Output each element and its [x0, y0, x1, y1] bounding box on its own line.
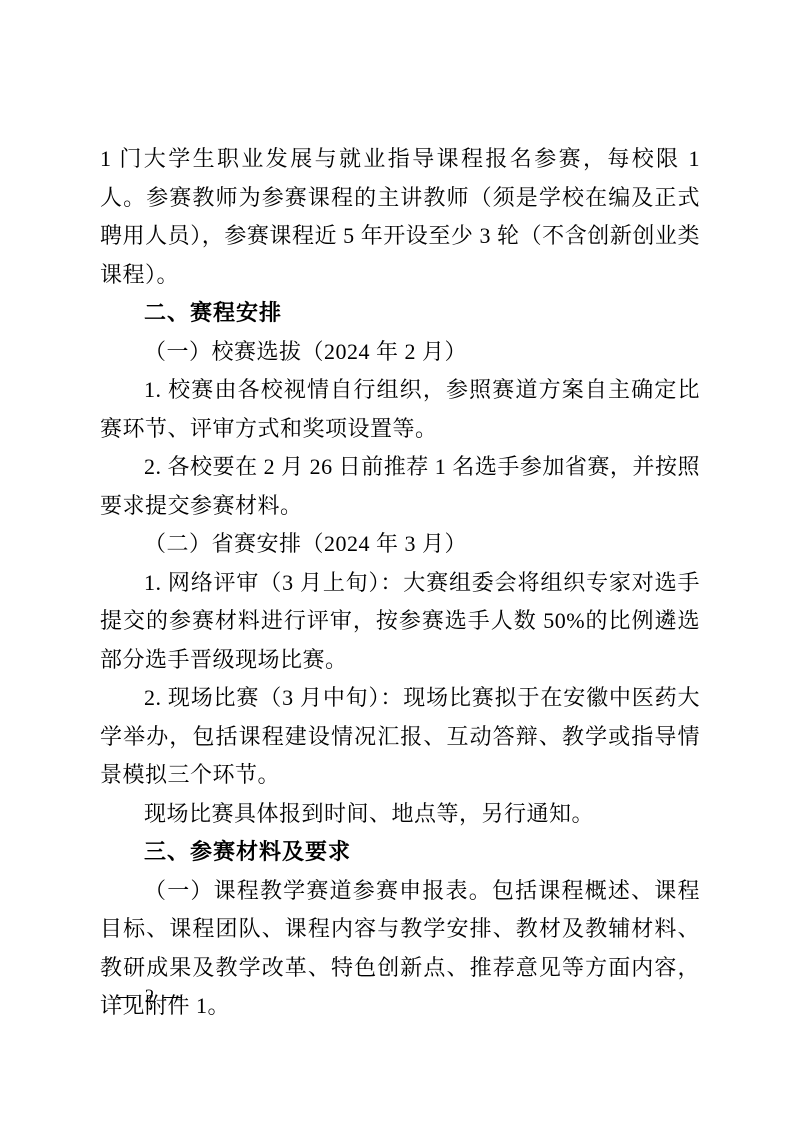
document-page: 1 门大学生职业发展与就业指导课程报名参赛，每校限 1 人。参赛教师为参赛课程的… [0, 0, 794, 1122]
section-heading-materials: 三、参赛材料及要求 [100, 833, 700, 872]
subsection-school-selection: （一）校赛选拔（2024 年 2 月） [100, 333, 700, 372]
body-paragraph-application-form: （一）课程教学赛道参赛申报表。包括课程概述、课程目标、课程团队、课程内容与教学安… [100, 872, 700, 1026]
page-number: — 2 — [117, 985, 184, 1009]
section-heading-schedule: 二、赛程安排 [100, 294, 700, 333]
body-paragraph-school-round-1: 1. 校赛由各校视情自行组织，参照赛道方案自主确定比赛环节、评审方式和奖项设置等… [100, 371, 700, 448]
body-paragraph-online-review: 1. 网络评审（3 月上旬）：大赛组委会将组织专家对选手提交的参赛材料进行评审，… [100, 564, 700, 680]
body-paragraph-school-round-2: 2. 各校要在 2 月 26 日前推荐 1 名选手参加省赛，并按照要求提交参赛材… [100, 448, 700, 525]
body-paragraph-onsite-competition: 2. 现场比赛（3 月中旬）：现场比赛拟于在安徽中医药大学举办，包括课程建设情况… [100, 679, 700, 795]
body-paragraph-eligibility: 1 门大学生职业发展与就业指导课程报名参赛，每校限 1 人。参赛教师为参赛课程的… [100, 140, 700, 294]
subsection-provincial-arrangement: （二）省赛安排（2024 年 3 月） [100, 525, 700, 564]
body-paragraph-onsite-notice: 现场比赛具体报到时间、地点等，另行通知。 [100, 795, 700, 834]
document-body: 1 门大学生职业发展与就业指导课程报名参赛，每校限 1 人。参赛教师为参赛课程的… [100, 140, 700, 1026]
